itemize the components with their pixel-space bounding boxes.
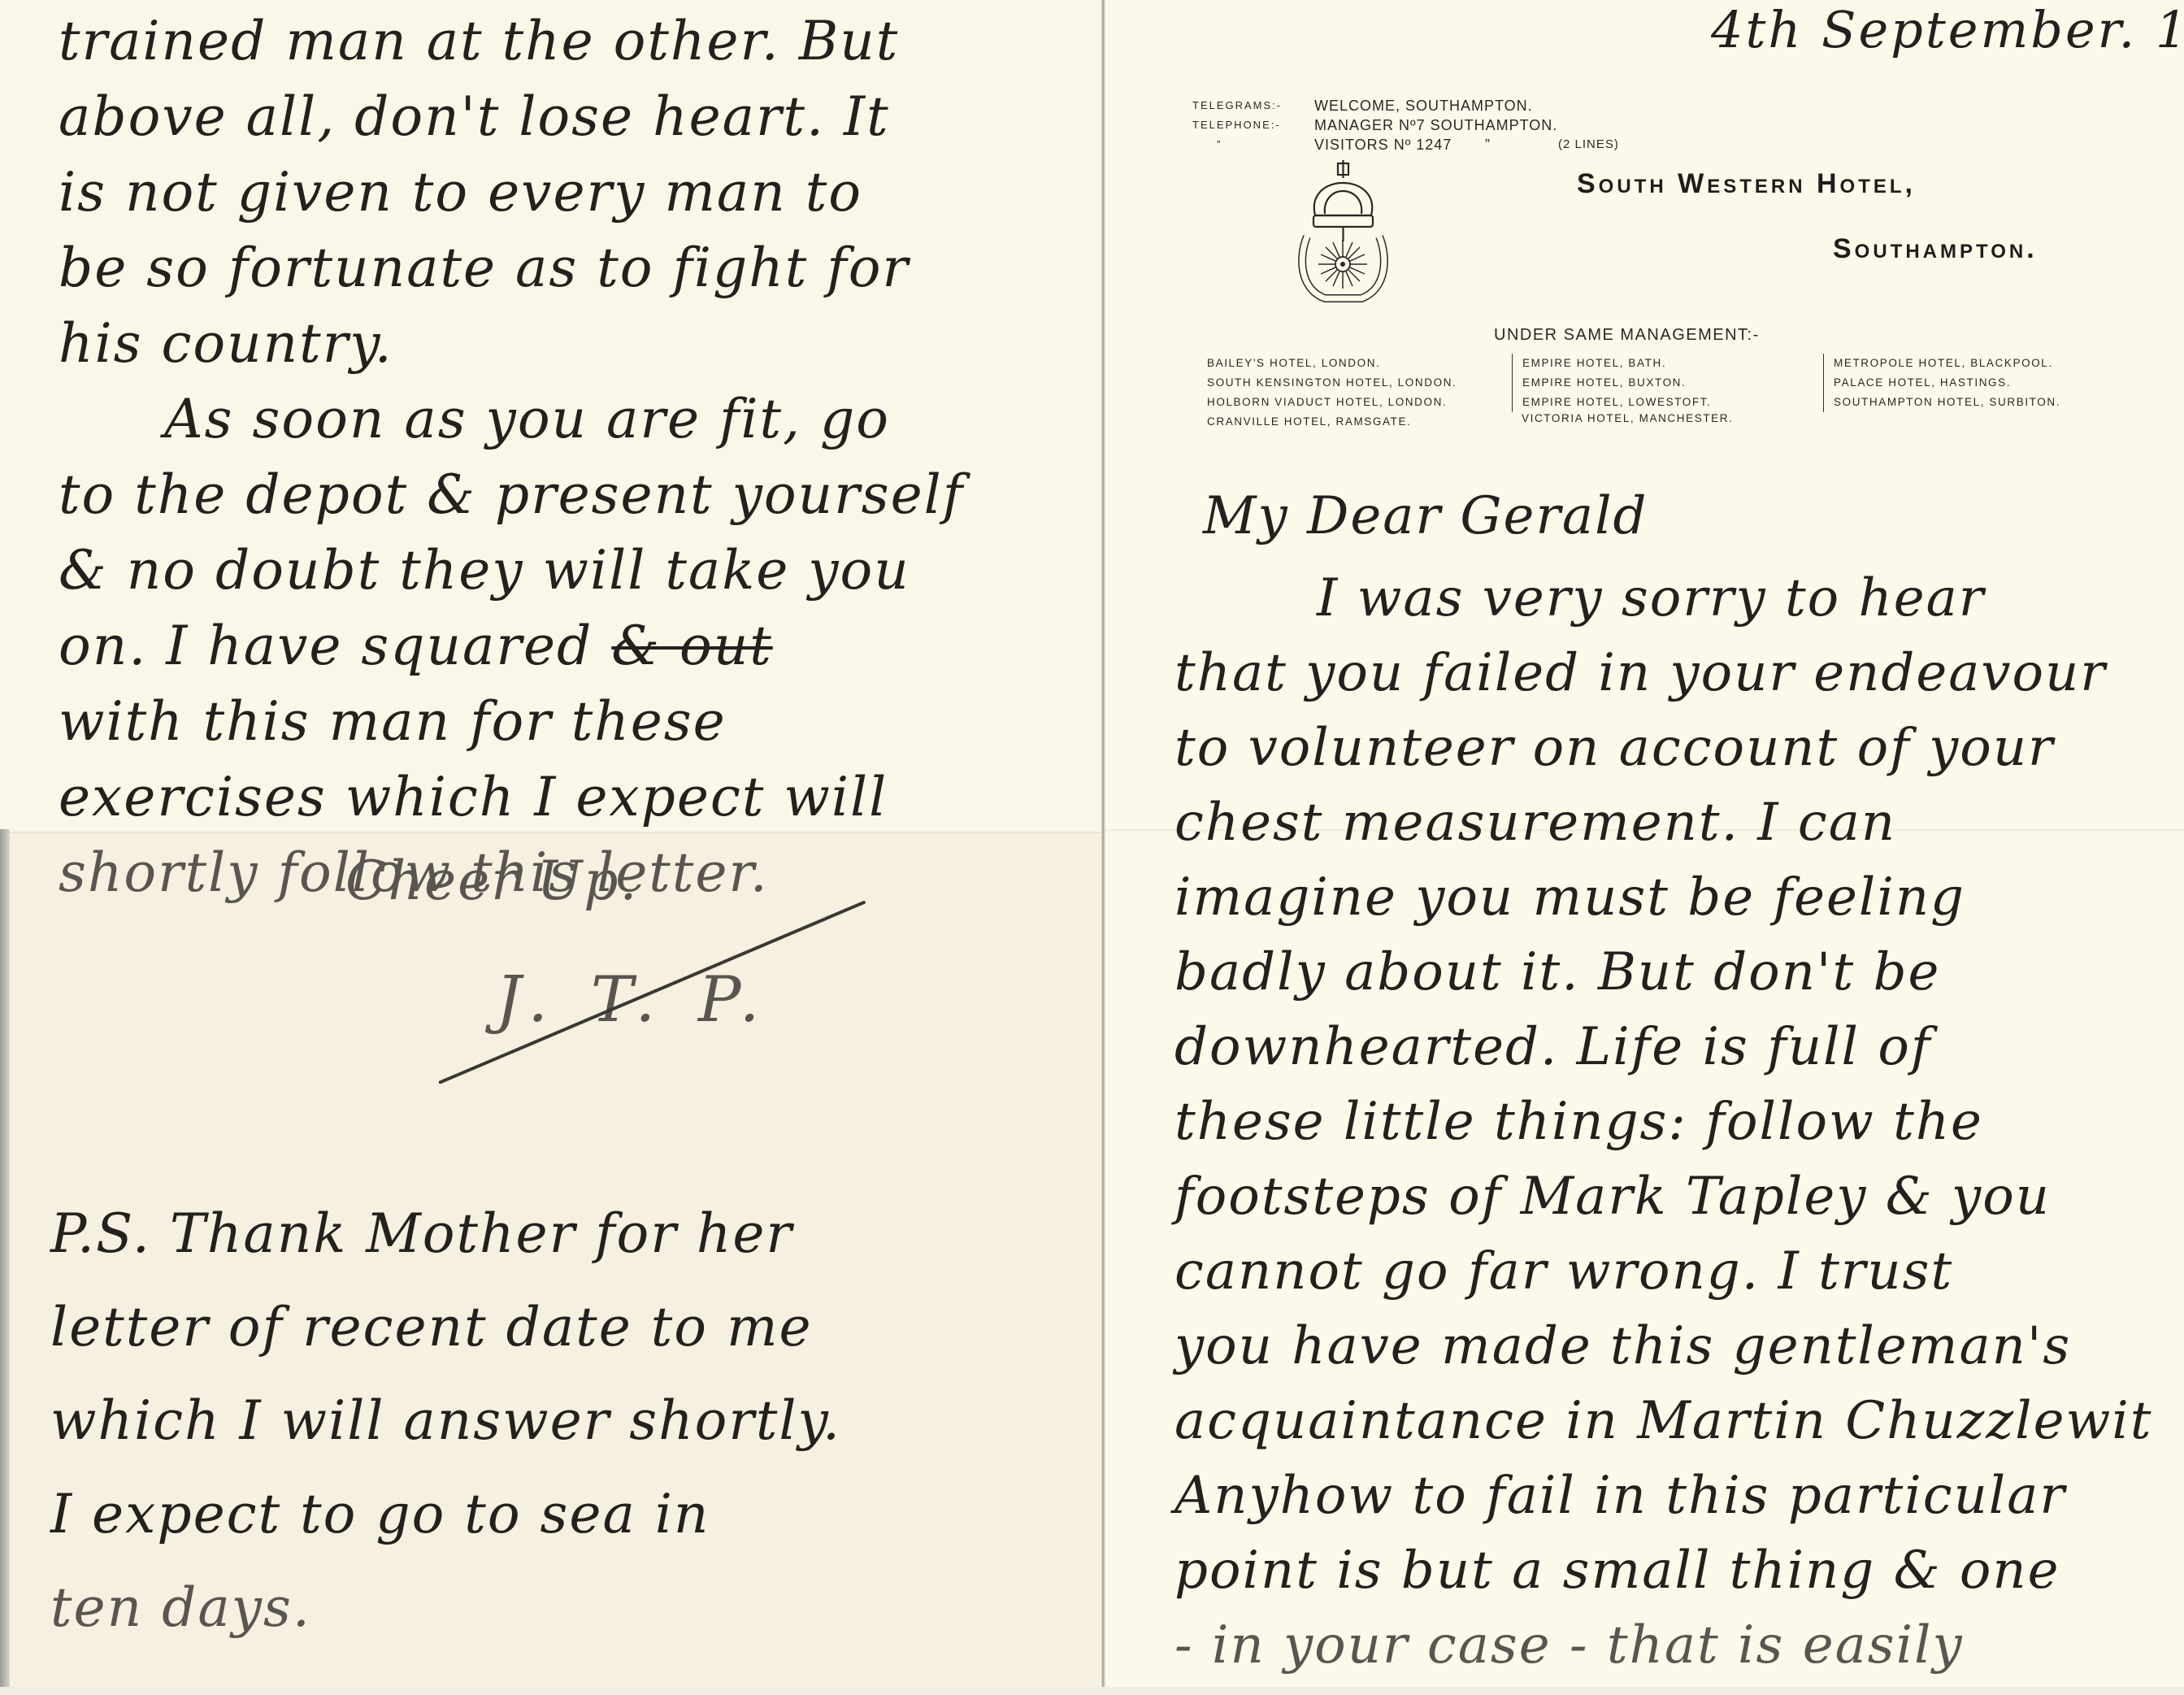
contact-value: MANAGER Nº7 SOUTHAMPTON.: [1314, 115, 1591, 135]
ditto-mark: ”: [1192, 135, 1314, 154]
letter-line: downhearted. Life is full of: [1174, 1010, 2152, 1084]
letterhead-contact-block: TELEGRAMS:- WELCOME, SOUTHAMPTON. TELEPH…: [1192, 96, 1619, 154]
royal-crown-sunburst-crest-icon: [1292, 159, 1394, 309]
letter-line: to volunteer on account of your: [1174, 711, 2152, 785]
hotel-name: South Western Hotel,: [1577, 168, 1916, 200]
struck-out-text: & out: [611, 615, 773, 677]
letter-line: that you failed in your endeavour: [1174, 636, 2152, 711]
postscript-line: letter of recent date to me: [50, 1280, 841, 1374]
letter-line: above all, don't lose heart. It: [59, 79, 964, 154]
contact-row-telephone: TELEPHONE:- MANAGER Nº7 SOUTHAMPTON.: [1192, 115, 1619, 135]
postscript-line: I expect to go to sea in: [50, 1467, 841, 1561]
postscript-line: which I will answer shortly.: [50, 1374, 841, 1467]
hotel-list-item: EMPIRE HOTEL, LOWESTOFT.: [1522, 393, 1823, 412]
letter-line: & no doubt they will take you: [59, 532, 964, 608]
letter-line: is not given to every man to: [59, 154, 964, 230]
hotel-list-item: PALACE HOTEL, HASTINGS.: [1834, 373, 2060, 393]
letter-line: to the depot & present yourself: [59, 457, 964, 532]
letter-line: chest measurement. I can: [1174, 785, 2152, 860]
hotels-column: EMPIRE HOTEL, BATH. EMPIRE HOTEL, BUXTON…: [1512, 354, 1823, 412]
postscript-line: ten days.: [50, 1561, 841, 1654]
letter-line: exercises which I expect will: [59, 759, 964, 835]
letter-greeting: My Dear Gerald: [1203, 486, 1648, 546]
hotel-list-item: EMPIRE HOTEL, BUXTON.: [1522, 373, 1823, 393]
scan-bottom-edge: [0, 1687, 2184, 1695]
hotel-list-item: VICTORIA HOTEL, MANCHESTER.: [1522, 412, 1734, 424]
hotel-list-item: METROPOLE HOTEL, BLACKPOOL.: [1834, 354, 2060, 373]
letter-line: with this man for these: [59, 684, 964, 759]
contact-value: VISITORS Nº 1247: [1314, 135, 1485, 154]
hotel-list-item: BAILEY'S HOTEL, LONDON.: [1207, 354, 1512, 373]
hotel-list-item: EMPIRE HOTEL, BATH.: [1522, 354, 1823, 373]
hotels-column: BAILEY'S HOTEL, LONDON. SOUTH KENSINGTON…: [1207, 354, 1512, 432]
contact-row-visitors: ” VISITORS Nº 1247 ” (2 LINES): [1192, 135, 1619, 154]
contact-row-telegrams: TELEGRAMS:- WELCOME, SOUTHAMPTON.: [1192, 96, 1619, 115]
letter-line: imagine you must be feeling: [1174, 860, 2152, 935]
closing-salutation: Cheer Up.: [345, 850, 639, 912]
center-fold-crease: [1101, 0, 1105, 1695]
letter-line: cannot go far wrong. I trust: [1174, 1234, 2152, 1309]
hotel-list-item: HOLBORN VIADUCT HOTEL, LONDON.: [1207, 393, 1512, 412]
hotels-column: METROPOLE HOTEL, BLACKPOOL. PALACE HOTEL…: [1823, 354, 2060, 412]
hotel-list-item: CRANVILLE HOTEL, RAMSGATE.: [1207, 412, 1512, 432]
hotel-city: Southampton.: [1833, 233, 2038, 265]
letter-line: on. I have squared & out: [59, 608, 964, 684]
contact-label: TELEGRAMS:-: [1192, 96, 1314, 115]
ditto-mark: ”: [1485, 135, 1558, 154]
contact-label: TELEPHONE:-: [1192, 115, 1314, 135]
contact-note: (2 LINES): [1558, 135, 1619, 154]
letter-line: acquaintance in Martin Chuzzlewit: [1174, 1384, 2152, 1458]
letter-line: point is but a small thing & one: [1174, 1533, 2152, 1608]
right-page-body: I was very sorry to hear that you failed…: [1174, 561, 2152, 1683]
letter-line: badly about it. But don't be: [1174, 935, 2152, 1010]
left-page-body: trained man at the other. But above all,…: [59, 3, 964, 911]
management-title: UNDER SAME MANAGEMENT:-: [1494, 326, 1760, 345]
letter-line: I was very sorry to hear: [1174, 561, 2152, 636]
letter-line: his country.: [59, 306, 964, 381]
letter-line: trained man at the other. But: [59, 3, 964, 79]
hotel-list-item: SOUTHAMPTON HOTEL, SURBITON.: [1834, 393, 2060, 412]
contact-value: WELCOME, SOUTHAMPTON.: [1314, 96, 1591, 115]
letter-line: be so fortunate as to fight for: [59, 230, 964, 306]
hotel-list-item: SOUTH KENSINGTON HOTEL, LONDON.: [1207, 373, 1512, 393]
postscript: P.S. Thank Mother for her letter of rece…: [50, 1187, 841, 1654]
letter-line: Anyhow to fail in this particular: [1174, 1458, 2152, 1533]
letter-line: footsteps of Mark Tapley & you: [1174, 1159, 2152, 1234]
letter-line: - in your case - that is easily: [1174, 1608, 2152, 1683]
letter-date: 4th September. 1914: [1711, 0, 2184, 59]
letter-line: these little things: follow the: [1174, 1084, 2152, 1159]
letter-line: As soon as you are fit, go: [59, 381, 964, 457]
letter-line-text: on. I have squared: [59, 615, 593, 677]
scan-edge-shadow: [0, 829, 10, 1695]
letter-line: you have made this gentleman's: [1174, 1309, 2152, 1384]
postscript-line: P.S. Thank Mother for her: [50, 1187, 841, 1280]
